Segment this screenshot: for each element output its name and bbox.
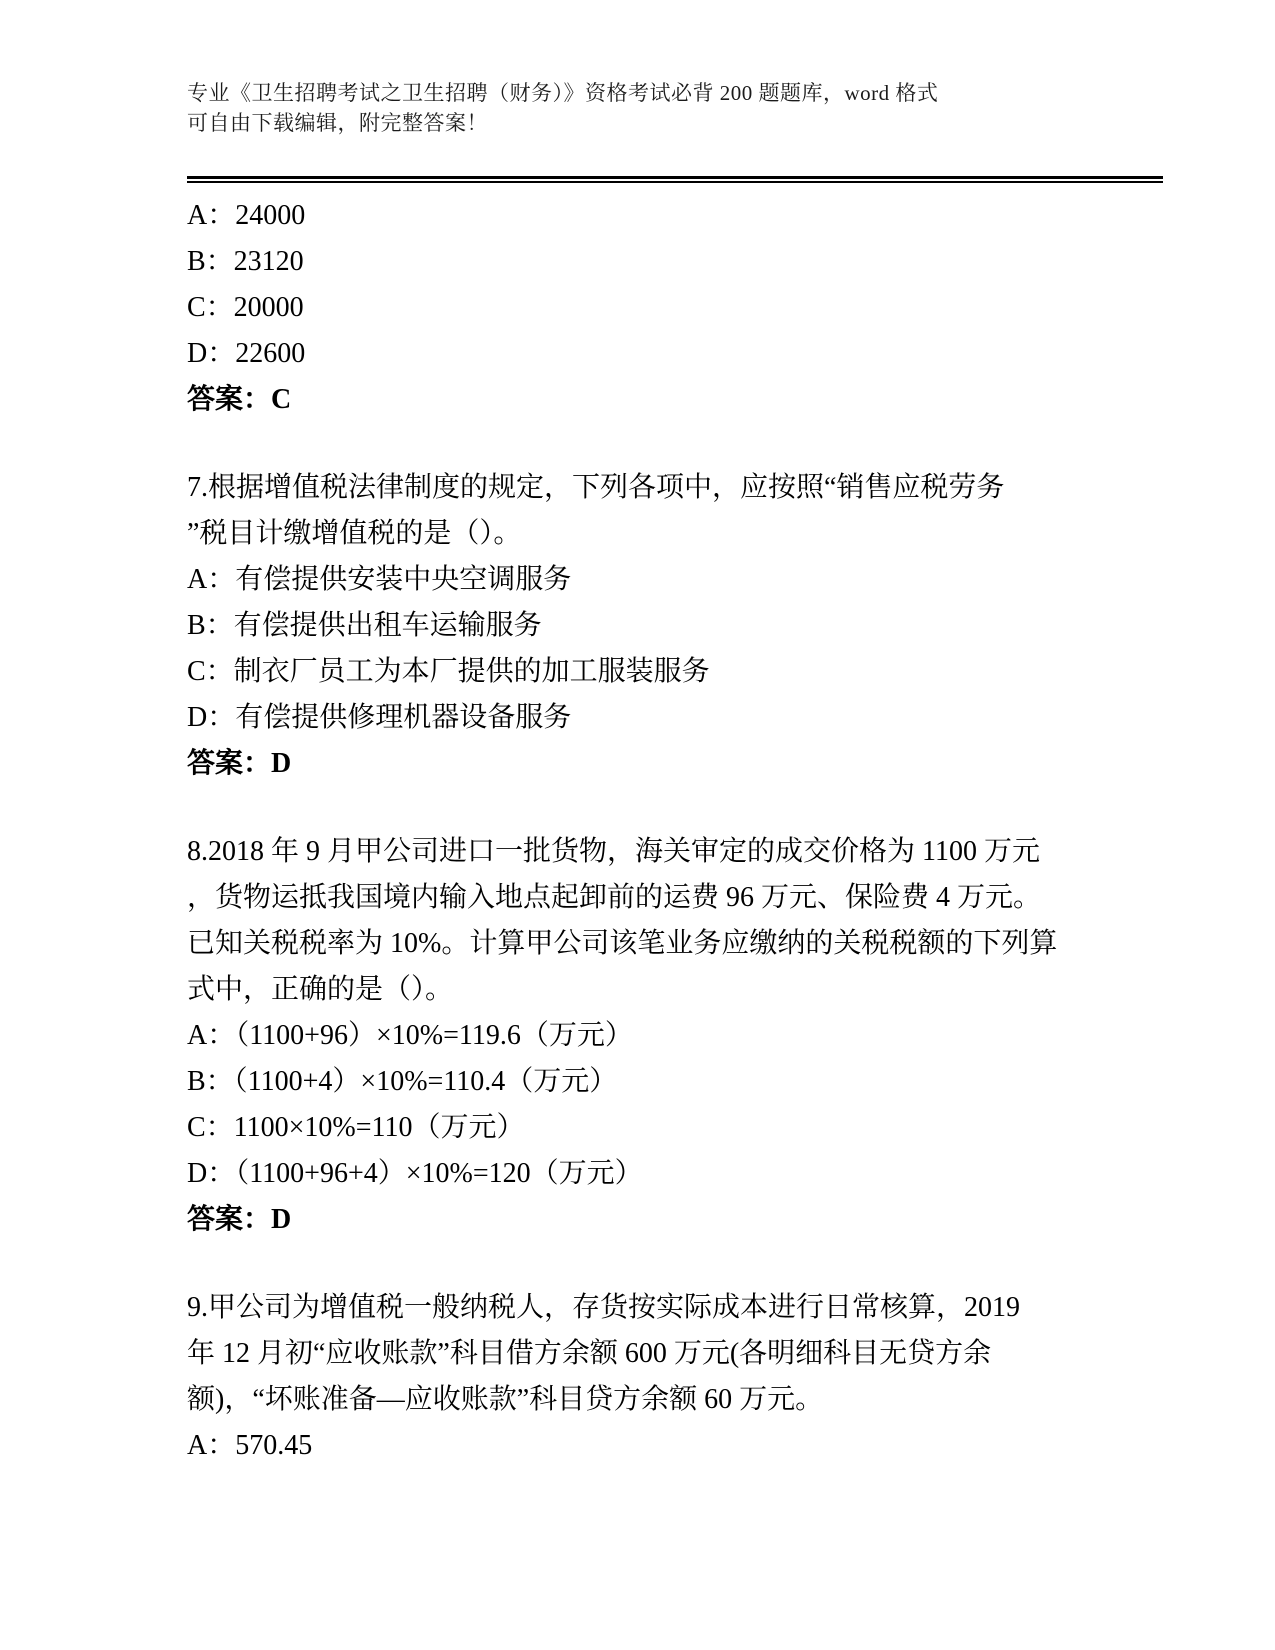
header-text-line-1: 专业《卫生招聘考试之卫生招聘（财务）》资格考试必背 200 题题库，word 格… — [187, 78, 1163, 108]
q6-option-b: B：23120 — [187, 239, 1163, 285]
q9-text-line-3: 额)，“坏账准备—应收账款”科目贷方余额 60 万元。 — [187, 1377, 1163, 1423]
header-text-line-2: 可自由下载编辑，附完整答案！ — [187, 108, 1163, 138]
q7-text-line-2: ”税目计缴增值税的是（）。 — [187, 511, 1163, 557]
q7-option-c: C：制衣厂员工为本厂提供的加工服装服务 — [187, 649, 1163, 695]
question-9-block: 9.甲公司为增值税一般纳税人，存货按实际成本进行日常核算，2019 年 12 月… — [187, 1285, 1163, 1469]
q7-option-a: A：有偿提供安装中央空调服务 — [187, 557, 1163, 603]
header-divider-double-line — [187, 176, 1163, 183]
q7-option-b: B：有偿提供出租车运输服务 — [187, 603, 1163, 649]
q7-option-d: D：有偿提供修理机器设备服务 — [187, 695, 1163, 741]
q6-option-c: C：20000 — [187, 285, 1163, 331]
q9-option-a: A：570.45 — [187, 1423, 1163, 1469]
question-6-tail-block: A：24000 B：23120 C：20000 D：22600 答案：C — [187, 193, 1163, 423]
document-body: A：24000 B：23120 C：20000 D：22600 答案：C 7.根… — [187, 193, 1163, 1469]
q9-text-line-1: 9.甲公司为增值税一般纳税人，存货按实际成本进行日常核算，2019 — [187, 1285, 1163, 1331]
question-8-block: 8.2018 年 9 月甲公司进口一批货物，海关审定的成交价格为 1100 万元… — [187, 829, 1163, 1243]
q7-text-line-1: 7.根据增值税法律制度的规定，下列各项中，应按照“销售应税劳务 — [187, 465, 1163, 511]
q8-text-line-4: 式中，正确的是（）。 — [187, 967, 1163, 1013]
q8-option-d: D：（1100+96+4）×10%=120（万元） — [187, 1151, 1163, 1197]
q8-text-line-1: 8.2018 年 9 月甲公司进口一批货物，海关审定的成交价格为 1100 万元 — [187, 829, 1163, 875]
q6-option-d: D：22600 — [187, 331, 1163, 377]
document-page: 专业《卫生招聘考试之卫生招聘（财务）》资格考试必背 200 题题库，word 格… — [0, 0, 1275, 1650]
q8-answer: 答案：D — [187, 1197, 1163, 1243]
q8-option-a: A：（1100+96）×10%=119.6（万元） — [187, 1013, 1163, 1059]
q8-option-c: C：1100×10%=110（万元） — [187, 1105, 1163, 1151]
q9-text-line-2: 年 12 月初“应收账款”科目借方余额 600 万元(各明细科目无贷方余 — [187, 1331, 1163, 1377]
q8-text-line-2: ，货物运抵我国境内输入地点起卸前的运费 96 万元、保险费 4 万元。 — [187, 875, 1163, 921]
q8-option-b: B：（1100+4）×10%=110.4（万元） — [187, 1059, 1163, 1105]
q8-text-line-3: 已知关税税率为 10%。计算甲公司该笔业务应缴纳的关税税额的下列算 — [187, 921, 1163, 967]
page-header: 专业《卫生招聘考试之卫生招聘（财务）》资格考试必背 200 题题库，word 格… — [187, 78, 1163, 183]
question-7-block: 7.根据增值税法律制度的规定，下列各项中，应按照“销售应税劳务 ”税目计缴增值税… — [187, 465, 1163, 787]
q6-answer: 答案：C — [187, 377, 1163, 423]
q6-option-a: A：24000 — [187, 193, 1163, 239]
q7-answer: 答案：D — [187, 741, 1163, 787]
